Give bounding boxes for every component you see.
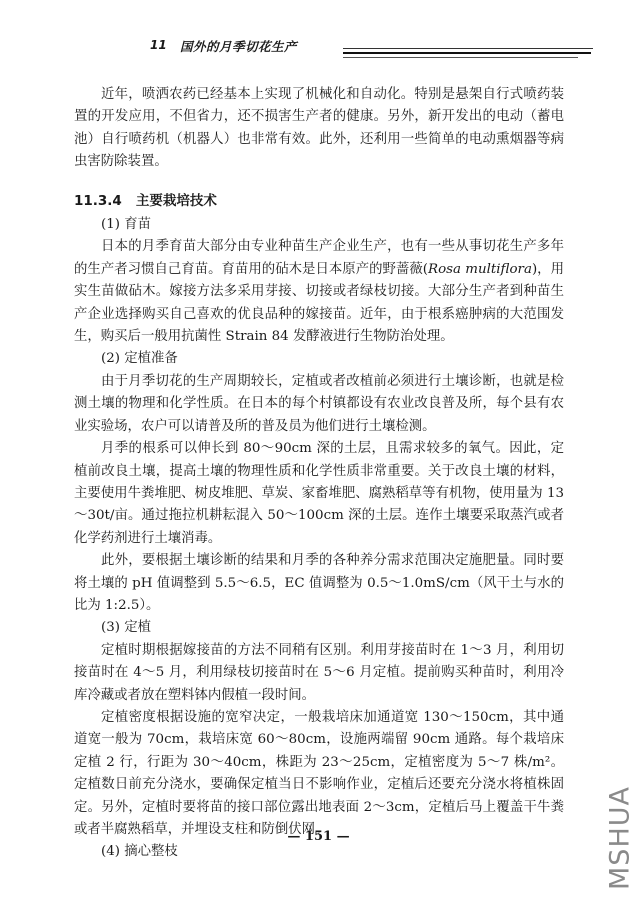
subsection-heading: (1) 育苗: [74, 214, 564, 236]
chapter-number: 11: [150, 38, 167, 52]
intro-paragraph: 近年，喷洒农药已经基本上实现了机械化和自动化。特别是悬架自行式喷药装置的开发应用…: [74, 84, 564, 174]
section-number: 11.3.4: [74, 193, 122, 209]
section-heading: 11.3.4主要栽培技术: [74, 190, 564, 212]
subsection-heading: (3) 定植: [74, 617, 564, 639]
header-rule: [343, 57, 578, 58]
chapter-title: 国外的月季切花生产: [180, 37, 297, 55]
latin-species-name: Rosa multiflora: [428, 262, 532, 277]
paragraph: 定植密度根据设施的宽窄决定，一般栽培床加通道宽 130～150cm，其中通道宽一…: [74, 707, 564, 841]
page-number: — 151 —: [0, 829, 637, 844]
header-rule: [343, 52, 591, 54]
running-header: 11 国外的月季切花生产: [150, 38, 570, 58]
paragraph: 由于月季切花的生产周期较长，定植或者改植前必须进行土壤诊断，也就是检测土壤的物理…: [74, 371, 564, 438]
paragraph: 此外，要根据土壤诊断的结果和月季的各种养分需求范围决定施肥量。同时要将土壤的 p…: [74, 550, 564, 617]
subsection-heading: (4) 摘心整枝: [74, 841, 564, 863]
paragraph: 日本的月季育苗大部分由专业种苗生产企业生产，也有一些从事切花生产多年的生产者习惯…: [74, 236, 564, 348]
subsection-heading: (2) 定植准备: [74, 348, 564, 370]
section-title: 主要栽培技术: [136, 193, 217, 209]
page-body: 近年，喷洒农药已经基本上实现了机械化和自动化。特别是悬架自行式喷药装置的开发应用…: [74, 84, 564, 864]
header-rule: [343, 48, 593, 49]
paragraph: 定植时期根据嫁接苗的方法不同稍有区别。利用芽接苗时在 1～3 月，利用切接苗时在…: [74, 640, 564, 707]
watermark-text: MSHUA: [605, 786, 636, 890]
paragraph: 月季的根系可以伸长到 80～90cm 深的土层，且需求较多的氧气。因此，定植前改…: [74, 438, 564, 550]
watermark: MSHUA: [606, 786, 634, 890]
